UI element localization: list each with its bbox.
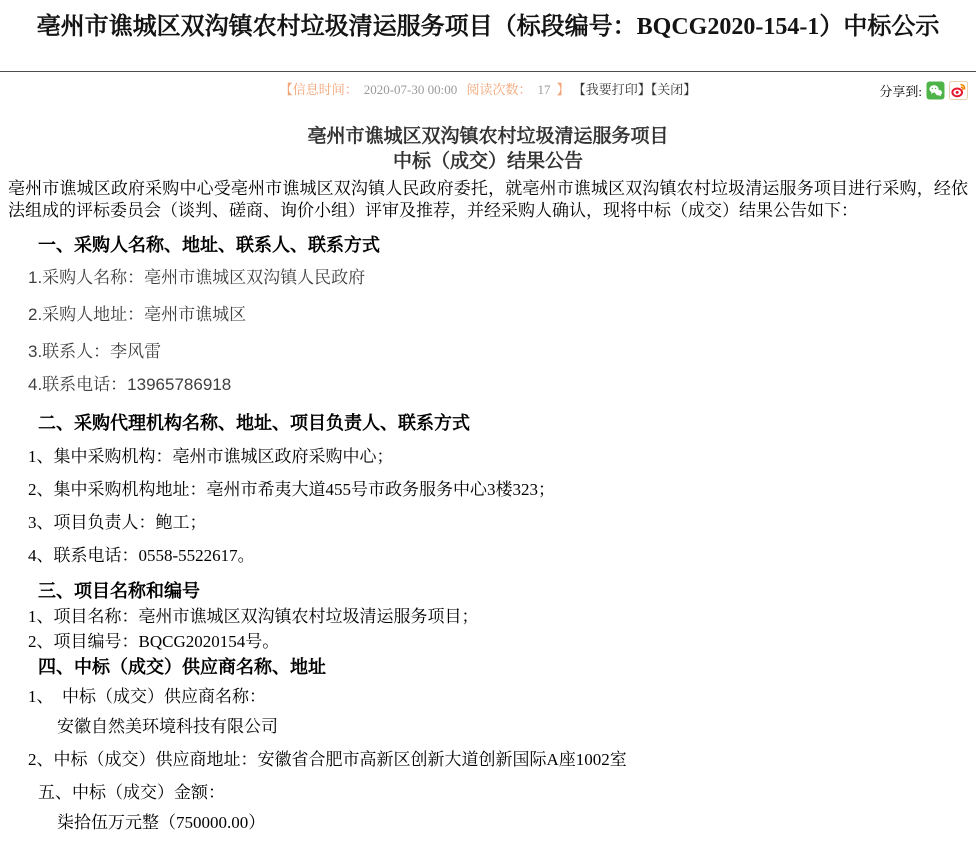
page-title: 亳州市谯城区双沟镇农村垃圾清运服务项目（标段编号：BQCG2020-154-1）… — [8, 12, 968, 42]
supplier-address-line: 2、中标（成交）供应商地址：安徽省合肥市高新区创新大道创新国际A座1002室 — [8, 748, 968, 771]
contact-phone-line: 4.联系电话：13965786918 — [8, 373, 968, 397]
section-4-heading: 四、中标（成交）供应商名称、地址 — [8, 655, 968, 679]
document-heading-line1: 亳州市谯城区双沟镇农村垃圾清运服务项目 — [8, 124, 968, 149]
info-views-label: 阅读次数： — [466, 82, 531, 97]
share-bar: 分享到: — [879, 72, 968, 108]
agency-name-line: 1、集中采购机构：亳州市谯城区政府采购中心； — [8, 445, 968, 468]
share-label: 分享到: — [879, 81, 922, 100]
info-time-label: 【信息时间： — [280, 82, 358, 97]
supplier-name-value: 安徽自然美环境科技有限公司 — [8, 715, 968, 738]
weibo-share-icon[interactable] — [949, 81, 968, 100]
document-heading: 亳州市谯城区双沟镇农村垃圾清运服务项目 中标（成交）结果公告 — [8, 124, 968, 174]
project-number-line: 2、项目编号：BQCG2020154号。 — [8, 630, 968, 653]
section-2-heading: 二、采购代理机构名称、地址、项目负责人、联系方式 — [8, 411, 968, 435]
contact-person-line: 3.联系人：李风雷 — [8, 340, 968, 364]
project-name-line: 1、项目名称：亳州市谯城区双沟镇农村垃圾清运服务项目； — [8, 605, 968, 628]
document-body: 亳州市谯城区双沟镇农村垃圾清运服务项目 中标（成交）结果公告 亳州市谯城区政府采… — [0, 124, 976, 834]
supplier-name-label-line: 1、 中标（成交）供应商名称： — [8, 685, 968, 708]
print-button[interactable]: 【我要打印】 — [573, 82, 651, 97]
section-1-heading: 一、采购人名称、地址、联系人、联系方式 — [8, 233, 968, 257]
info-time-value: 2020-07-30 00:00 — [358, 82, 464, 97]
info-bar: 【信息时间：2020-07-30 00:00 阅读次数：17】 【我要打印】【关… — [0, 72, 976, 108]
section-3-heading: 三、项目名称和编号 — [8, 579, 968, 603]
document-heading-line2: 中标（成交）结果公告 — [8, 149, 968, 174]
info-meta: 【信息时间：2020-07-30 00:00 阅读次数：17】 【我要打印】【关… — [0, 72, 976, 108]
purchaser-name-line: 1.采购人名称：亳州市谯城区双沟镇人民政府 — [8, 266, 968, 290]
purchaser-address-line: 2.采购人地址：亳州市谯城区 — [8, 303, 968, 327]
project-manager-line: 3、项目负责人：鲍工； — [8, 511, 968, 534]
close-button[interactable]: 【关闭】 — [651, 82, 697, 97]
agency-phone-line: 4、联系电话：0558-5522617。 — [8, 544, 968, 567]
wechat-share-icon[interactable] — [926, 81, 945, 100]
info-bracket-close: 】 — [557, 82, 570, 97]
intro-paragraph: 亳州市谯城区政府采购中心受亳州市谯城区双沟镇人民政府委托，就亳州市谯城区双沟镇农… — [8, 178, 968, 222]
agency-address-line: 2、集中采购机构地址：亳州市希夷大道455号市政务服务中心3楼323； — [8, 478, 968, 501]
section-5-heading: 五、中标（成交）金额： — [8, 781, 968, 804]
page-header: 亳州市谯城区双沟镇农村垃圾清运服务项目（标段编号：BQCG2020-154-1）… — [0, 0, 976, 72]
info-views-value: 17 — [532, 82, 557, 97]
award-amount-value: 柒拾伍万元整（750000.00） — [8, 811, 968, 834]
